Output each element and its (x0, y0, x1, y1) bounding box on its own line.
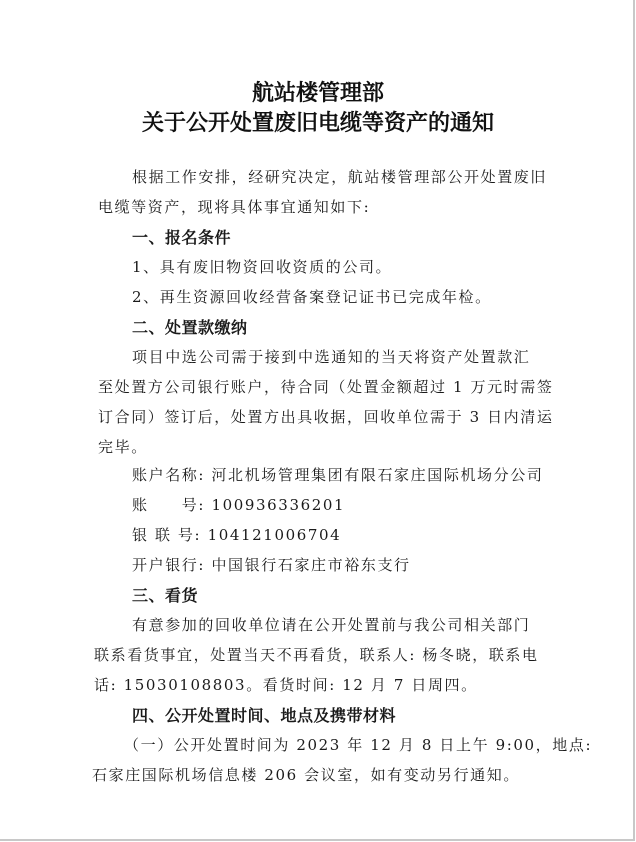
unionpay-number-label: 银 联 号: (132, 526, 201, 544)
unionpay-number-value: 104121006704 (208, 526, 342, 544)
section1-item-1: 1、具有废旧物资回收资质的公司。 (132, 256, 392, 277)
section4-para-line-2: 石家庄国际机场信息楼 206 会议室，如有变动另行通知。 (92, 764, 520, 785)
section1-heading: 一、报名条件 (132, 225, 231, 248)
account-number-row: 账 号: 100936336201 (132, 494, 345, 515)
intro-line-1: 根据工作安排，经研究决定，航站楼管理部公开处置废旧 (132, 166, 547, 187)
document-title-line1: 航站楼管理部 (0, 76, 636, 107)
section3-para-line-1: 有意参加的回收单位请在公开处置前与我公司相关部门 (132, 614, 530, 635)
section1-item-2: 2、再生资源回收经营备案登记证书已完成年检。 (132, 286, 492, 307)
account-name-value: 河北机场管理集团有限石家庄国际机场分公司 (211, 466, 543, 484)
account-number-label: 账 号: (132, 496, 205, 514)
document-page: 航站楼管理部 关于公开处置废旧电缆等资产的通知 根据工作安排，经研究决定，航站楼… (0, 0, 635, 841)
account-number-value: 100936336201 (211, 496, 345, 514)
section2-para-line-4: 完毕。 (98, 436, 148, 457)
account-name-row: 账户名称: 河北机场管理集团有限石家庄国际机场分公司 (132, 464, 543, 485)
section3-para-line-2: 联系看货事宜，处置当天不再看货，联系人: 杨冬晓，联系电 (94, 644, 539, 665)
section3-heading: 三、看货 (132, 583, 198, 606)
document-title-line2: 关于公开处置废旧电缆等资产的通知 (0, 106, 636, 137)
section2-heading: 二、处置款缴纳 (132, 315, 248, 338)
bank-name-row: 开户银行: 中国银行石家庄市裕东支行 (132, 554, 411, 575)
bank-name-label: 开户银行: (132, 556, 205, 574)
section2-para-line-1: 项目中选公司需于接到中选通知的当天将资产处置款汇 (132, 346, 530, 367)
bank-name-value: 中国银行石家庄市裕东支行 (211, 556, 410, 574)
section2-para-line-3: 订合同）签订后，处置方出具收据，回收单位需于 3 日内清运 (98, 406, 553, 427)
account-name-label: 账户名称: (132, 466, 205, 484)
section2-para-line-2: 至处置方公司银行账户，待合同（处置金额超过 1 万元时需签 (98, 376, 553, 397)
section4-para-line-1: （一）公开处置时间为 2023 年 12 月 8 日上午 9:00，地点: (124, 734, 592, 755)
intro-line-2: 电缆等资产，现将具体事宜通知如下: (98, 196, 370, 217)
section4-heading: 四、公开处置时间、地点及携带材料 (132, 703, 396, 726)
unionpay-number-row: 银 联 号: 104121006704 (132, 524, 341, 545)
section3-para-line-3: 话: 15030108803。看货时间: 12 月 7 日周四。 (94, 674, 478, 695)
